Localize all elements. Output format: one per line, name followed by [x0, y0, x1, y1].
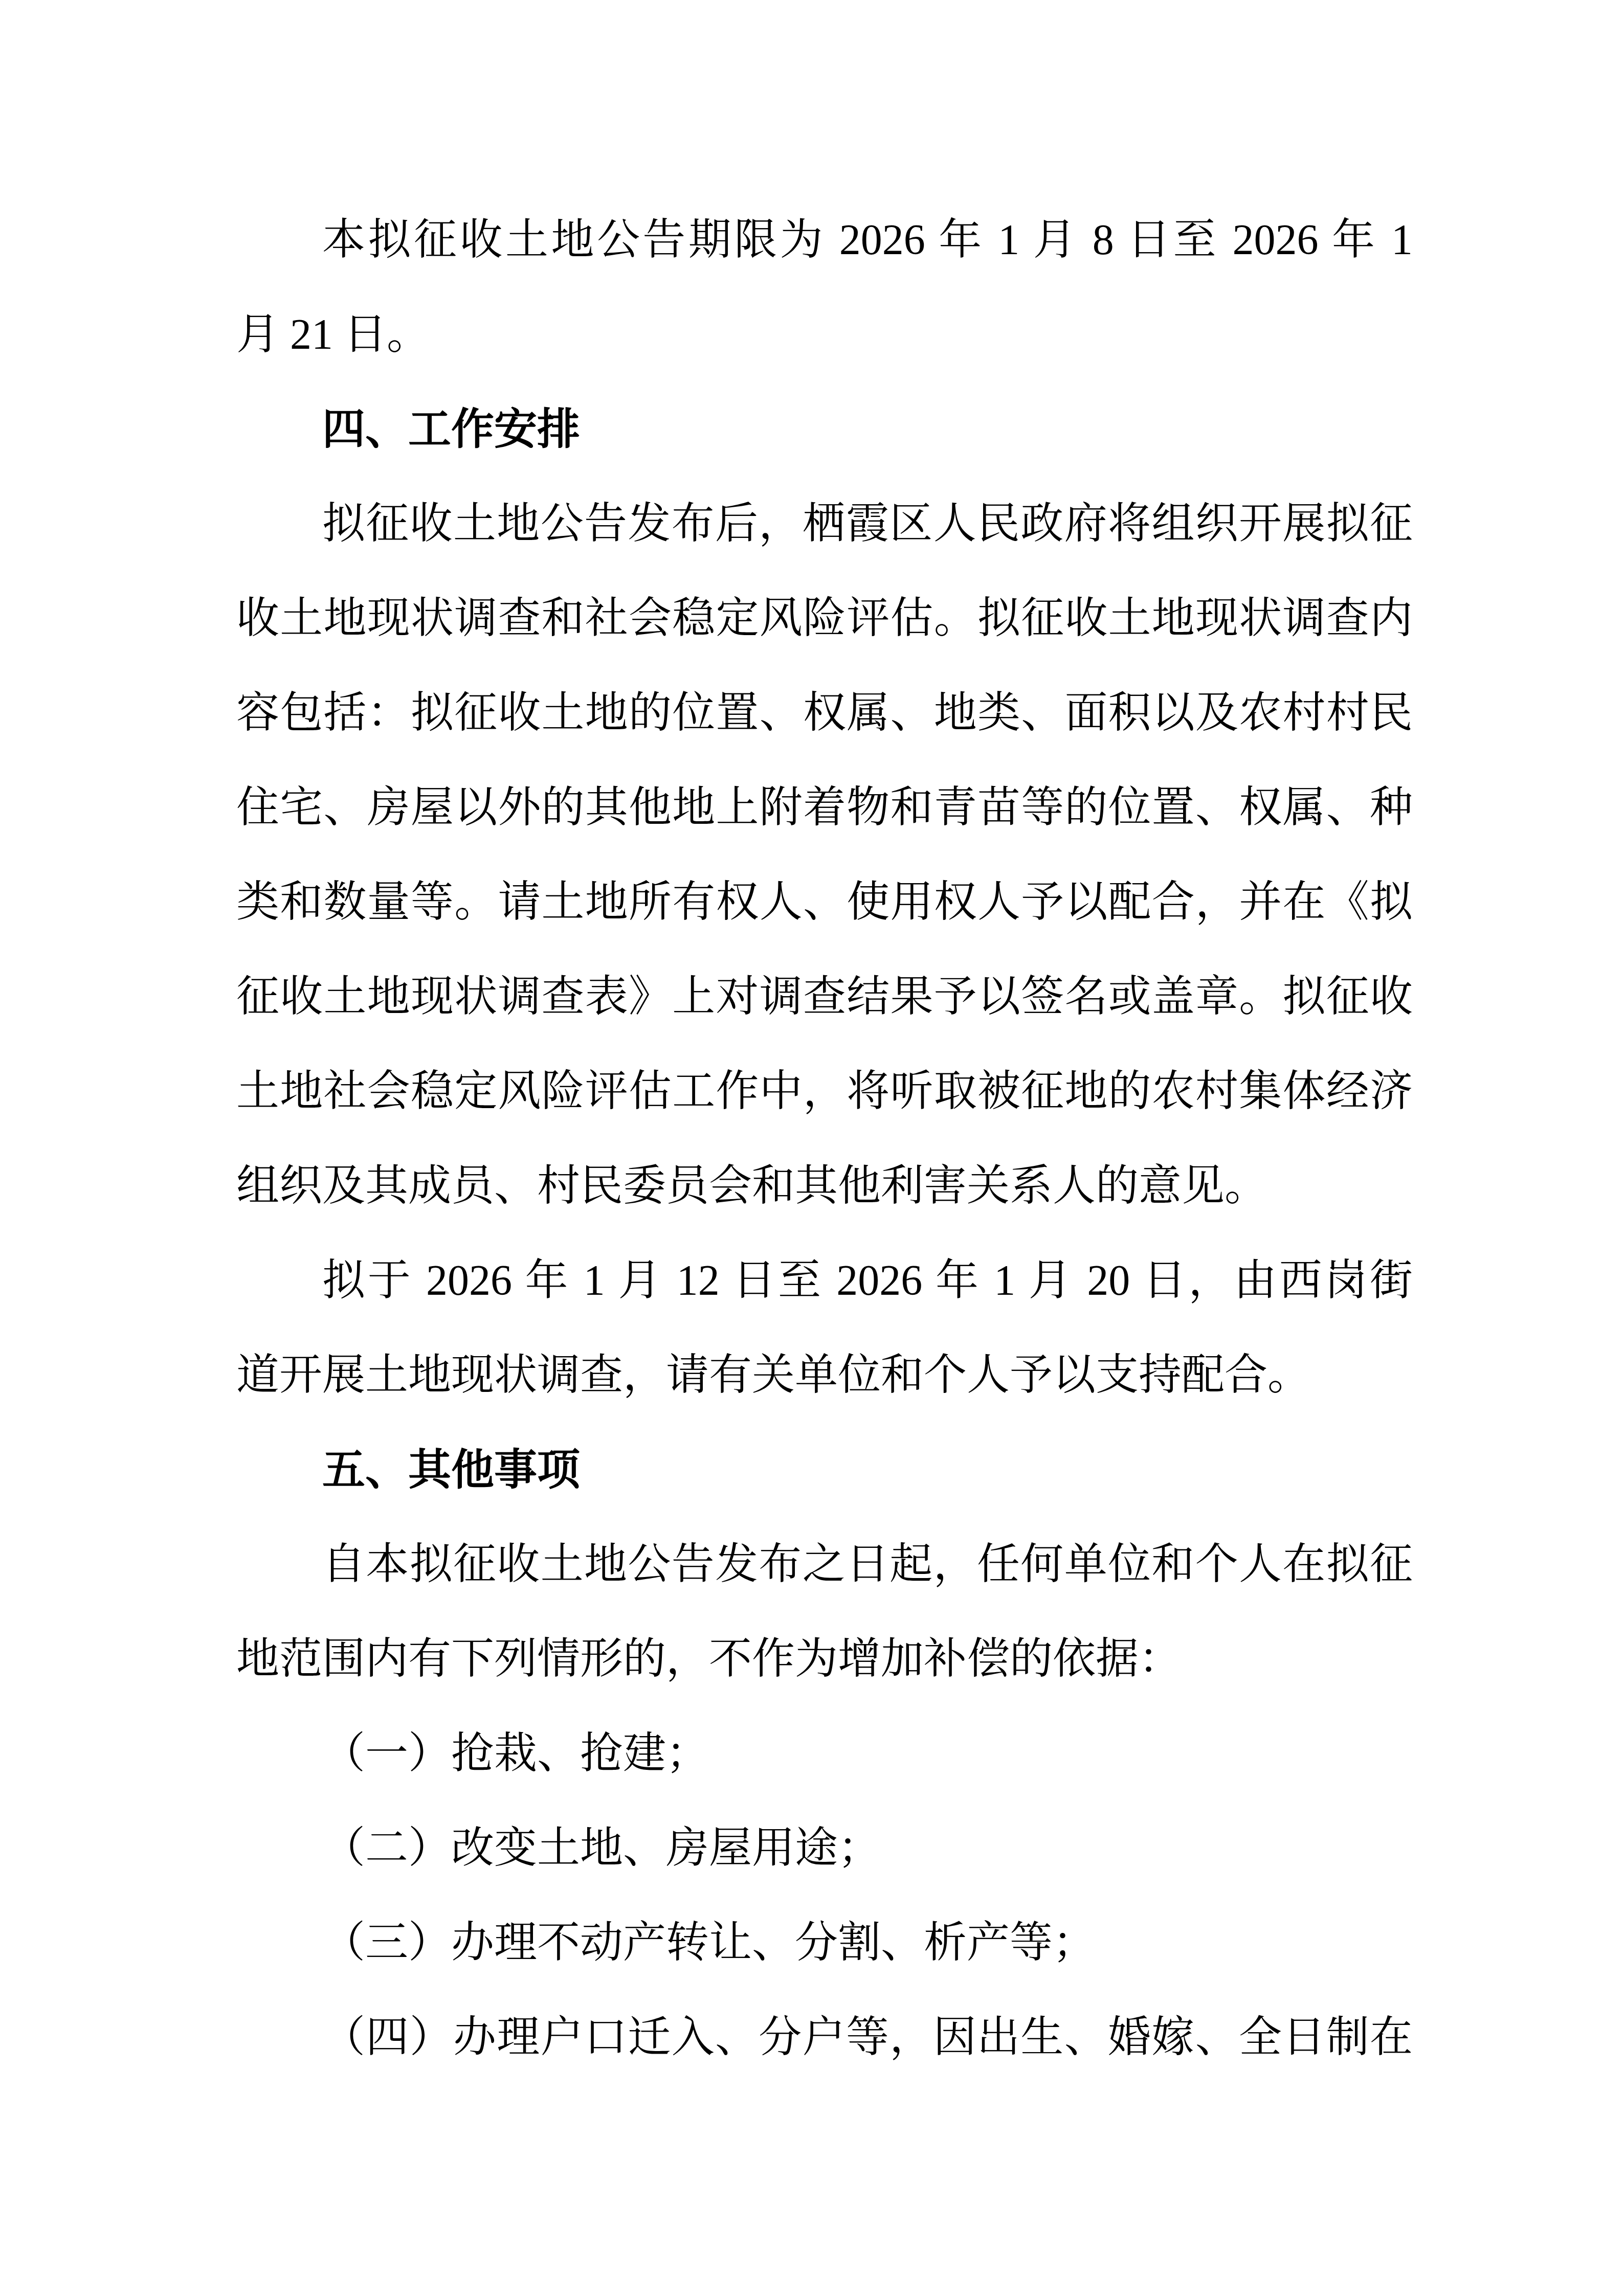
- document-page: 本拟征收土地公告期限为 2026 年 1 月 8 日至 2026 年 1月 21…: [0, 0, 1624, 2296]
- text-line: 征收土地现状调查表》上对调查结果予以签名或盖章。拟征收: [236, 950, 1413, 1044]
- text-line: 组织及其成员、村民委员会和其他利害关系人的意见。: [236, 1139, 1413, 1233]
- text-line: 道开展土地现状调查，请有关单位和个人予以支持配合。: [236, 1328, 1413, 1423]
- text-line: （四）办理户口迁入、分户等，因出生、婚嫁、全日制在: [236, 1990, 1413, 2085]
- text-line: （一）抢栽、抢建；: [236, 1706, 1413, 1801]
- text-line: （二）改变土地、房屋用途；: [236, 1801, 1413, 1896]
- section-heading: 五、其他事项: [236, 1423, 1413, 1517]
- text-line: 本拟征收土地公告期限为 2026 年 1 月 8 日至 2026 年 1: [236, 193, 1413, 287]
- text-line: 地范围内有下列情形的，不作为增加补偿的依据：: [236, 1612, 1413, 1706]
- text-line: 土地社会稳定风险评估工作中，将听取被征地的农村集体经济: [236, 1044, 1413, 1139]
- document-body: 本拟征收土地公告期限为 2026 年 1 月 8 日至 2026 年 1月 21…: [236, 193, 1413, 2085]
- text-line: 拟于 2026 年 1 月 12 日至 2026 年 1 月 20 日，由西岗街: [236, 1233, 1413, 1328]
- text-line: 月 21 日。: [236, 287, 1413, 382]
- text-line: 自本拟征收土地公告发布之日起，任何单位和个人在拟征: [236, 1517, 1413, 1612]
- text-line: 容包括：拟征收土地的位置、权属、地类、面积以及农村村民: [236, 666, 1413, 760]
- text-line: 住宅、房屋以外的其他地上附着物和青苗等的位置、权属、种: [236, 760, 1413, 855]
- text-line: 类和数量等。请土地所有权人、使用权人予以配合，并在《拟: [236, 855, 1413, 950]
- text-line: 收土地现状调查和社会稳定风险评估。拟征收土地现状调查内: [236, 571, 1413, 666]
- section-heading: 四、工作安排: [236, 382, 1413, 477]
- text-line: （三）办理不动产转让、分割、析产等；: [236, 1896, 1413, 1990]
- text-line: 拟征收土地公告发布后，栖霞区人民政府将组织开展拟征: [236, 477, 1413, 571]
